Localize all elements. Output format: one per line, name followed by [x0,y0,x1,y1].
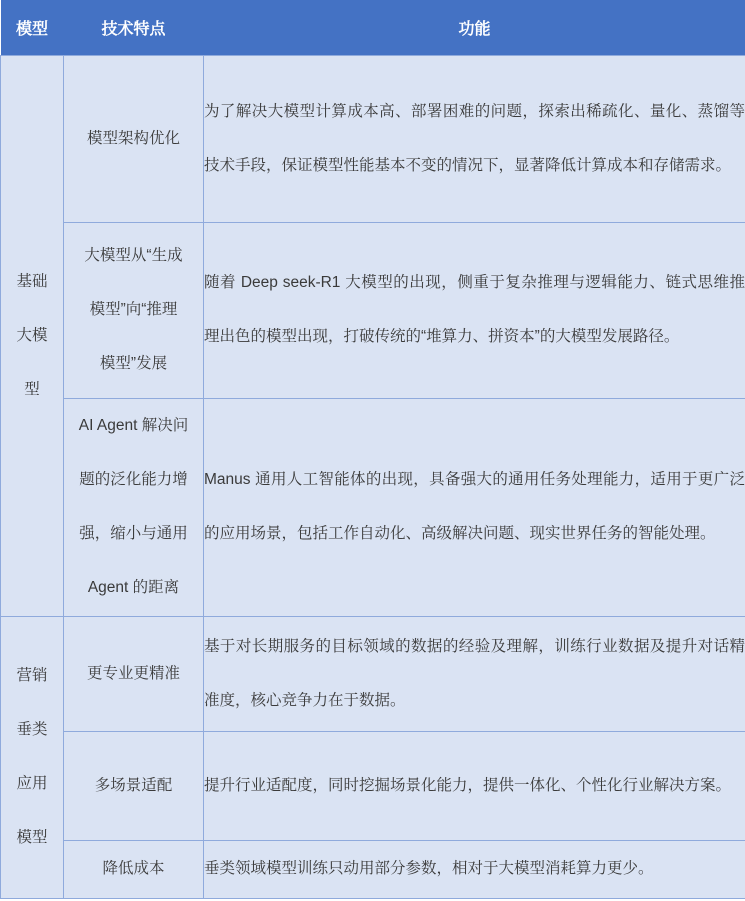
function-cell: Manus 通用人工智能体的出现，具备强大的通用任务处理能力，适用于更广泛的应用… [204,398,745,616]
header-cell-function: 功能 [204,0,745,55]
table-row: 大模型从“生成 模型”向“推理 模型”发展 随着 Deep seek-R1 大模… [1,222,745,398]
header-cell-feature: 技术特点 [64,0,204,55]
feature-cell: 大模型从“生成 模型”向“推理 模型”发展 [64,222,204,398]
table-row: 多场景适配 提升行业适配度，同时挖掘场景化能力，提供一体化、个性化行业解决方案。 [1,731,745,840]
document-page: 模型 技术特点 功能 基础 大模 型 模型架构优化 为了解决大模型计算成本高、部… [0,0,745,901]
function-cell: 基于对长期服务的目标领域的数据的经验及理解，训练行业数据及提升对话精准度，核心竞… [204,616,745,731]
table-row: AI Agent 解决问 题的泛化能力增 强，缩小与通用 Agent 的距离 M… [1,398,745,616]
table-header-row: 模型 技术特点 功能 [1,0,745,55]
models-table: 模型 技术特点 功能 基础 大模 型 模型架构优化 为了解决大模型计算成本高、部… [0,0,745,899]
function-cell: 为了解决大模型计算成本高、部署困难的问题，探索出稀疏化、量化、蒸馏等技术手段，保… [204,55,745,222]
function-cell: 提升行业适配度，同时挖掘场景化能力，提供一体化、个性化行业解决方案。 [204,731,745,840]
feature-cell: 模型架构优化 [64,55,204,222]
table-row: 营销 垂类 应用 模型 更专业更精准 基于对长期服务的目标领域的数据的经验及理解… [1,616,745,731]
feature-cell: 降低成本 [64,840,204,898]
feature-cell: AI Agent 解决问 题的泛化能力增 强，缩小与通用 Agent 的距离 [64,398,204,616]
model-group-base: 基础 大模 型 [1,55,64,616]
table-row: 基础 大模 型 模型架构优化 为了解决大模型计算成本高、部署困难的问题，探索出稀… [1,55,745,222]
table-row: 降低成本 垂类领域模型训练只动用部分参数，相对于大模型消耗算力更少。 [1,840,745,898]
feature-cell: 更专业更精准 [64,616,204,731]
feature-cell: 多场景适配 [64,731,204,840]
function-cell: 随着 Deep seek-R1 大模型的出现，侧重于复杂推理与逻辑能力、链式思维… [204,222,745,398]
function-cell: 垂类领域模型训练只动用部分参数，相对于大模型消耗算力更少。 [204,840,745,898]
model-group-vertical: 营销 垂类 应用 模型 [1,616,64,898]
header-cell-model: 模型 [1,0,64,55]
